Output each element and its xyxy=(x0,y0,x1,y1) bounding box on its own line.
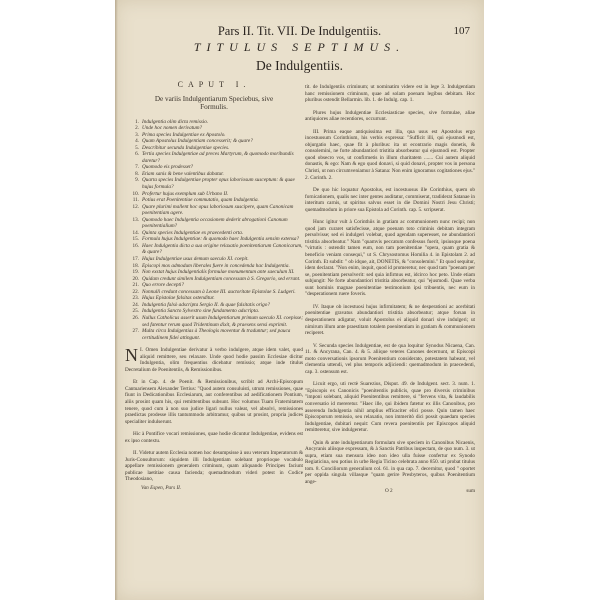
summary-number: 12. xyxy=(125,204,142,217)
summary-item: 13.Quomodo haec Indulgentia occasionem d… xyxy=(125,217,303,230)
body-paragraph: tit. de Indulgentiis criminum; ut nomina… xyxy=(305,84,475,104)
drop-cap: N xyxy=(125,347,138,363)
summary-number: 9. xyxy=(125,177,142,190)
summary-item: 6.Tertia species Indulgentiae ad preces … xyxy=(125,151,303,164)
body-paragraph: III. Prima eaque antiquissima est illa, … xyxy=(305,129,475,181)
left-column: CAPUT I. De variis Indulgentiarum Specie… xyxy=(125,82,303,492)
summary-number: 13. xyxy=(125,217,142,230)
body-paragraph: IV. Itaque ob incestuosi hujus infirmita… xyxy=(305,304,475,337)
page-gutter-shadow xyxy=(115,0,118,600)
running-head: Pars II. Tit. VII. De Indulgentiis. xyxy=(115,24,484,39)
summary-item: 26.Nullus Catholicus asserit usum Indulg… xyxy=(125,315,303,328)
summary-list: 1.Indulgentia olim dicta remissio.2.Unde… xyxy=(125,119,303,342)
signature-line: Van Espen, Pars II. xyxy=(141,485,303,492)
body-paragraph: Plures hujus Indulgentiae Ecclesiasticae… xyxy=(305,110,475,123)
body-paragraph: V. Secunda species Indulgentiae, est de … xyxy=(305,343,475,376)
signature-mark: O 2 xyxy=(385,488,393,495)
catchword: sum xyxy=(466,488,475,495)
summary-text: Multa circa Indulgentias à Theologis mov… xyxy=(142,328,303,341)
body-paragraph: De quo hic loquatur Apostolus, est inces… xyxy=(305,187,475,213)
summary-text: Quare plurimi mallent hoc opus laboriosu… xyxy=(142,204,303,217)
summary-text: Quomodo haec Indulgentia occasionem dede… xyxy=(142,217,303,230)
book-page: Pars II. Tit. VII. De Indulgentiis. 107 … xyxy=(115,0,484,600)
summary-item: 12.Quare plurimi mallent hoc opus labori… xyxy=(125,204,303,217)
summary-item: 16.Haec Indulgentia dicta a sua origine … xyxy=(125,243,303,256)
summary-text: Quarta species Indulgentiae propter opus… xyxy=(142,177,303,190)
body-paragraph: Et in Cap. 4. de Poenit. & Remissionibus… xyxy=(125,379,303,425)
summary-text: Haec Indulgentia dicta a sua origine rel… xyxy=(142,243,303,256)
summary-item: 27.Multa circa Indulgentias à Theologis … xyxy=(125,328,303,341)
summary-number: 6. xyxy=(125,151,142,164)
summary-number: 27. xyxy=(125,328,142,341)
chapter-subtitle: De Indulgentiis. xyxy=(115,58,484,74)
body-paragraph: Quin & ante indulgentiarum formulam sive… xyxy=(305,440,475,486)
right-column: tit. de Indulgentiis criminum; ut nomina… xyxy=(305,84,475,494)
body-paragraph: Hunc igitur vult à Corinthiis in gratiam… xyxy=(305,219,475,298)
caput-heading: CAPUT I. xyxy=(125,82,303,89)
summary-text: Nullus Catholicus asserit usum Indulgent… xyxy=(142,315,303,328)
right-body: tit. de Indulgentiis criminum; ut nomina… xyxy=(305,84,475,486)
summary-text: Tertia species Indulgentiae ad preces Ma… xyxy=(142,151,303,164)
caput-subtitle: De variis Indulgentiarum Speciebus, sive… xyxy=(145,95,283,111)
body-paragraph: I. NOmen Indulgentiae derivatur à verbo … xyxy=(125,347,303,373)
body-paragraph: Licuit ergo, uti rectè Suarezius, Disput… xyxy=(305,381,475,433)
catchword-line: O 2 sum xyxy=(305,488,475,495)
summary-number: 26. xyxy=(125,315,142,328)
body-paragraph: Hic à Pontifice vocari remissiones, quae… xyxy=(125,431,303,444)
left-body: I. NOmen Indulgentiae derivatur à verbo … xyxy=(125,347,303,483)
summary-item: 9.Quarta species Indulgentiae propter op… xyxy=(125,177,303,190)
chapter-title: TITULUS SEPTIMUS. xyxy=(115,40,484,55)
summary-number: 16. xyxy=(125,243,142,256)
page-number: 107 xyxy=(454,25,471,37)
body-paragraph: II. Videtur autem Ecclesia nomen hoc des… xyxy=(125,450,303,483)
